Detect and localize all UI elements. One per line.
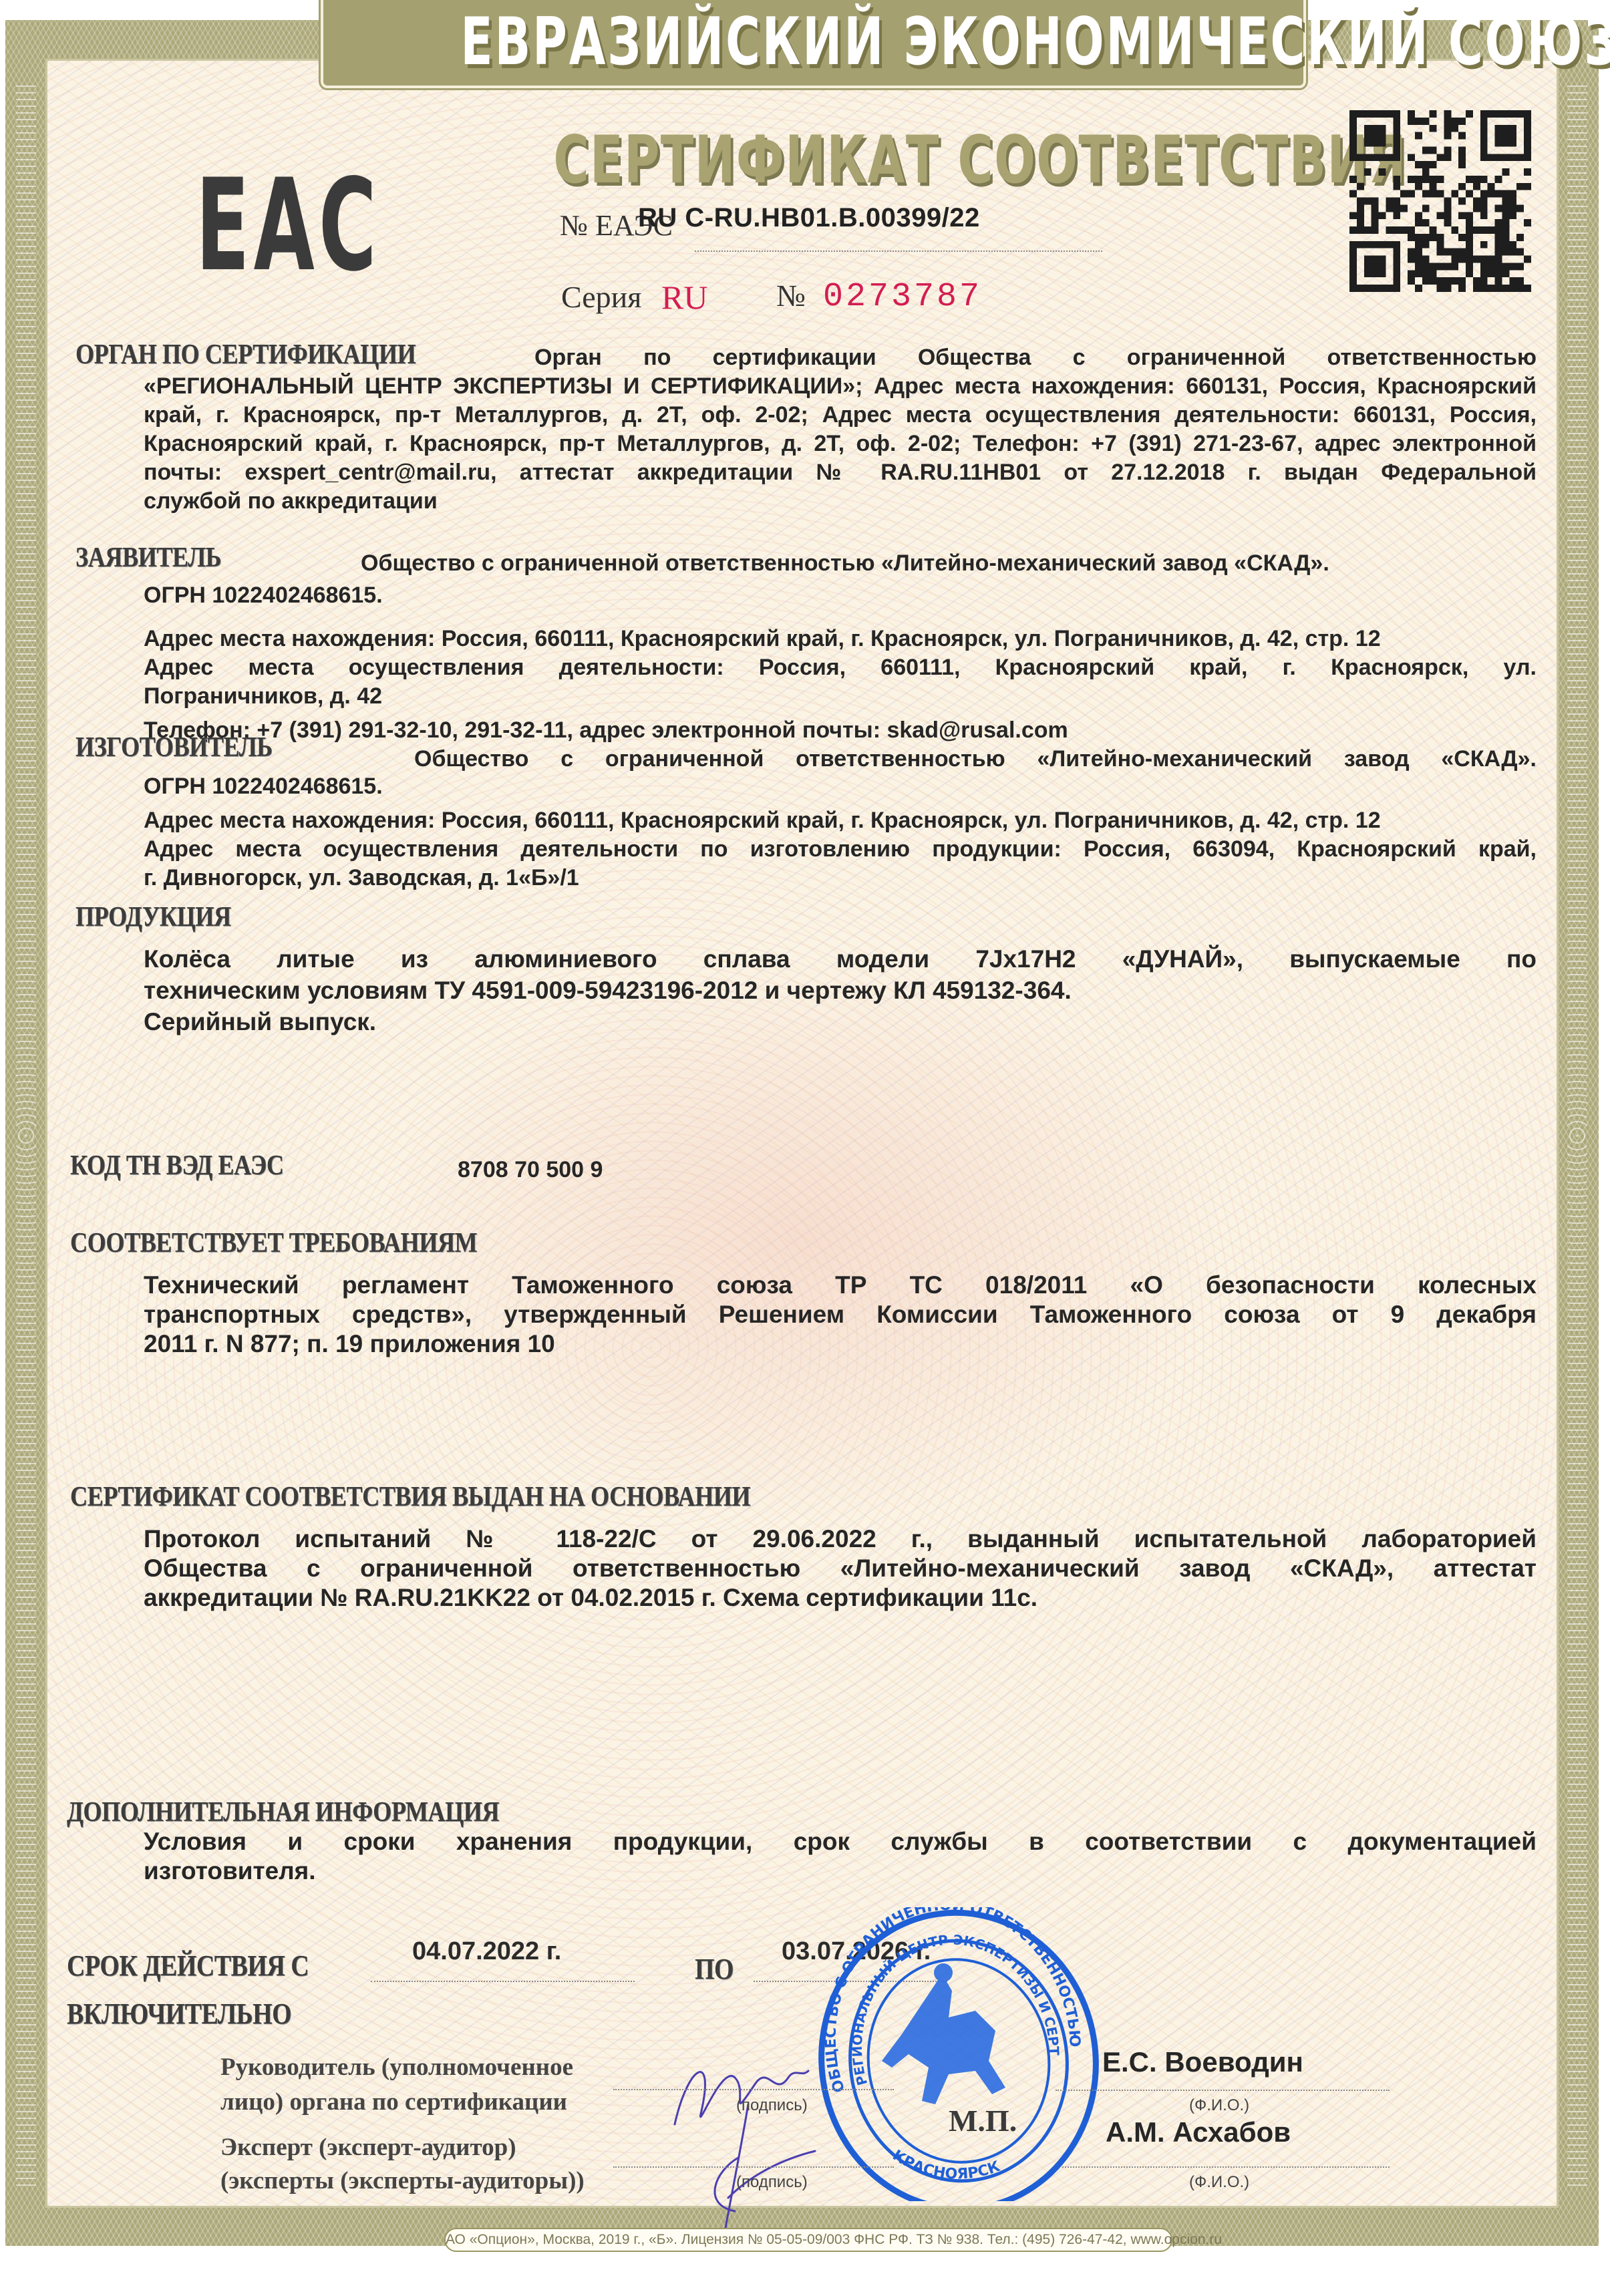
basis-line: Протокол испытаний № 118-22/С от 29.06.2… bbox=[144, 1524, 1537, 1554]
basis-text: Протокол испытаний № 118-22/С от 29.06.2… bbox=[144, 1524, 1537, 1613]
product-line: Колёса литые из алюминиевого сплава моде… bbox=[144, 943, 1537, 975]
document-title: СЕРТИФИКАТ СООТВЕТСТВИЯ bbox=[553, 127, 1080, 194]
requirements-line: Технический регламент Таможенного союза … bbox=[144, 1271, 1537, 1300]
qr-code-icon[interactable] bbox=[1349, 110, 1531, 292]
head-signature-caption: (подпись) bbox=[736, 2096, 808, 2115]
basis-line: аккредитации № RA.RU.21KK22 от 04.02.201… bbox=[144, 1583, 1537, 1613]
union-banner-title: ЕВРАЗИЙСКИЙ ЭКОНОМИЧЕСКИЙ СОЮЗ bbox=[460, 5, 1166, 79]
expert-signature-line bbox=[613, 2166, 894, 2168]
certification-body-line: Орган по сертификации Общества с огранич… bbox=[534, 343, 1537, 372]
frame-ornament-left bbox=[16, 80, 36, 2191]
certification-body-line: край, г. Красноярск, пр-т Металлургов, д… bbox=[144, 401, 1537, 430]
manufacturer-details: ОГРН 1022402468615. Адрес места нахожден… bbox=[144, 772, 1537, 892]
manufacturer-ogrn: ОГРН 1022402468615. bbox=[144, 772, 1537, 801]
product-description: Колёса литые из алюминиевого сплава моде… bbox=[144, 943, 1537, 1037]
hs-code: 8708 70 500 9 bbox=[458, 1156, 603, 1184]
validity-from-date: 04.07.2022 г. bbox=[412, 1937, 561, 1966]
certification-body-first-line: Орган по сертификации Общества с огранич… bbox=[534, 343, 1537, 372]
certification-body-line: «РЕГИОНАЛЬНЫЙ ЦЕНТР ЭКСПЕРТИЗЫ И СЕРТИФИ… bbox=[144, 372, 1537, 401]
requirements-text: Технический регламент Таможенного союза … bbox=[144, 1271, 1537, 1359]
additional-info-line: изготовителя. bbox=[144, 1856, 1537, 1886]
validity-to-date: 03.07.2026 г. bbox=[782, 1937, 931, 1966]
additional-info-text: Условия и сроки хранения продукции, срок… bbox=[144, 1827, 1537, 1886]
expert-label-cont: (эксперты (эксперты-аудиторы)) bbox=[220, 2164, 585, 2198]
manufacturer-address-location: Адрес места нахождения: Россия, 660111, … bbox=[144, 806, 1537, 835]
manufacturer-address-production-cont: г. Дивногорск, ул. Заводская, д. 1«Б»/1 bbox=[144, 864, 1537, 892]
series-value: RU bbox=[661, 278, 707, 317]
applicant-ogrn: ОГРН 1022402468615. bbox=[144, 581, 1537, 610]
product-line: Серийный выпуск. bbox=[144, 1006, 1537, 1037]
requirements-line: транспортных средств», утвержденный Реше… bbox=[144, 1300, 1537, 1329]
frame-ornament-right bbox=[1567, 80, 1587, 2191]
manufacturer-name: Общество с ограниченной ответственностью… bbox=[414, 745, 1537, 774]
certification-body-line: службой по аккредитации bbox=[144, 487, 1537, 516]
expert-label: Эксперт (эксперт-аудитор) bbox=[220, 2131, 516, 2164]
section-label-additional-info: ДОПОЛНИТЕЛЬНАЯ ИНФОРМАЦИЯ bbox=[67, 1797, 499, 1828]
manufacturer-name-text: Общество с ограниченной ответственностью… bbox=[414, 745, 1537, 774]
expert-signature-caption: (подпись) bbox=[736, 2173, 808, 2192]
applicant-name: Общество с ограниченной ответственностью… bbox=[361, 549, 1537, 578]
blank-number: 0273787 bbox=[823, 278, 982, 316]
additional-info-line: Условия и сроки хранения продукции, срок… bbox=[144, 1827, 1537, 1856]
applicant-details: ОГРН 1022402468615. Адрес места нахожден… bbox=[144, 581, 1537, 745]
certificate-number: RU C-RU.HB01.B.00399/22 bbox=[638, 203, 980, 233]
applicant-address-activity-cont: Пограничников, д. 42 bbox=[144, 682, 1537, 711]
section-label-requirements: СООТВЕТСТВУЕТ ТРЕБОВАНИЯМ bbox=[70, 1228, 477, 1259]
certification-body-line: почты: exspert_centr@mail.ru, аттестат а… bbox=[144, 458, 1537, 487]
product-line: техническим условиям ТУ 4591-009-5942319… bbox=[144, 975, 1537, 1006]
seal-place-label: М.П. bbox=[949, 2103, 1017, 2138]
hs-code-value: 8708 70 500 9 bbox=[458, 1156, 603, 1184]
validity-inclusive-label: ВКЛЮЧИТЕЛЬНО bbox=[67, 1999, 291, 2029]
head-name-caption: (Ф.И.О.) bbox=[1189, 2096, 1249, 2115]
head-signature-line bbox=[613, 2089, 894, 2090]
validity-from-underline bbox=[371, 1981, 635, 1982]
blank-number-label: № bbox=[776, 278, 806, 313]
expert-name: А.М. Асхабов bbox=[1106, 2116, 1291, 2148]
applicant-name-text: Общество с ограниченной ответственностью… bbox=[361, 549, 1537, 578]
section-label-product: ПРОДУКЦИЯ bbox=[75, 902, 231, 933]
applicant-address-location: Адрес места нахождения: Россия, 660111, … bbox=[144, 625, 1537, 653]
expert-name-line bbox=[1062, 2166, 1390, 2168]
head-signatory-label: Руководитель (уполномоченное bbox=[220, 2051, 573, 2084]
validity-to-underline bbox=[754, 1981, 947, 1982]
head-signatory-name: Е.С. Воеводин bbox=[1102, 2046, 1303, 2078]
expert-name-caption: (Ф.И.О.) bbox=[1189, 2173, 1249, 2192]
head-name-line bbox=[1056, 2090, 1390, 2091]
section-label-hs-code: КОД ТН ВЭД ЕАЭС bbox=[70, 1150, 284, 1181]
certification-body-text: «РЕГИОНАЛЬНЫЙ ЦЕНТР ЭКСПЕРТИЗЫ И СЕРТИФИ… bbox=[144, 372, 1537, 516]
section-label-basis: СЕРТИФИКАТ СООТВЕТСТВИЯ ВЫДАН НА ОСНОВАН… bbox=[70, 1482, 750, 1512]
section-label-applicant: ЗАЯВИТЕЛЬ bbox=[75, 542, 221, 573]
validity-from-label: СРОК ДЕЙСТВИЯ С bbox=[67, 1951, 309, 1981]
section-label-certification-body: ОРГАН ПО СЕРТИФИКАЦИИ bbox=[75, 339, 416, 370]
certificate-number-underline bbox=[695, 251, 1102, 252]
certification-body-line: Красноярский край, г. Красноярск, пр-т М… bbox=[144, 430, 1537, 458]
series-label: Серия bbox=[561, 279, 641, 315]
applicant-address-activity: Адрес места осуществления деятельности: … bbox=[144, 653, 1537, 682]
printer-info: АО «Опцион», Москва, 2019 г., «Б». Лицен… bbox=[444, 2228, 1172, 2252]
validity-to-label: ПО bbox=[695, 1954, 734, 1985]
applicant-contacts: Телефон: +7 (391) 291-32-10, 291-32-11, … bbox=[144, 716, 1537, 745]
eac-mark-icon: ЕАС bbox=[196, 176, 381, 276]
head-signatory-label-cont: лицо) органа по сертификации bbox=[220, 2086, 567, 2119]
section-label-manufacturer: ИЗГОТОВИТЕЛЬ bbox=[75, 732, 273, 763]
basis-line: Общества с ограниченной ответственностью… bbox=[144, 1554, 1537, 1583]
union-banner: ЕВРАЗИЙСКИЙ ЭКОНОМИЧЕСКИЙ СОЮЗ bbox=[321, 0, 1306, 88]
manufacturer-address-production: Адрес места осуществления деятельности п… bbox=[144, 835, 1537, 864]
requirements-line: 2011 г. N 877; п. 19 приложения 10 bbox=[144, 1329, 1537, 1359]
